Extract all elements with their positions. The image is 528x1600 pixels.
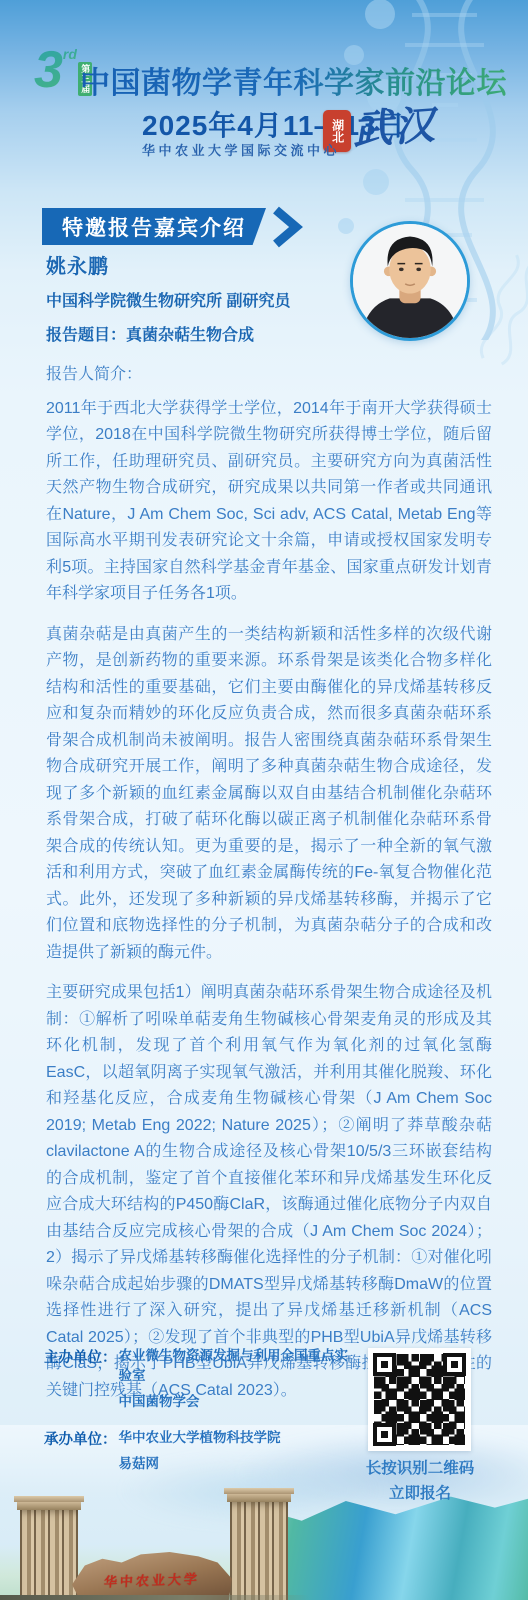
edition-suffix: rd [63,46,77,62]
bio-paragraph: 主要研究成果包括1）阐明真菌杂萜环系骨架生物合成途径及机制：①解析了吲哚单萜麦角… [46,980,492,1404]
chevron-right-icon [268,205,304,249]
qr-finder-icon [443,1353,466,1376]
ground-shadow [0,1595,310,1600]
section-banner: 特邀报告嘉宾介绍 [42,208,266,245]
qr-code [368,1348,471,1451]
speaker-bio: 报告人简介： 2011年于西北大学获得学士学位，2014年于南开大学获得硕士学位… [46,362,492,1418]
organizer-name: 华中农业大学植物科技学院 [119,1428,281,1448]
speaker-name: 姚永鹏 [46,250,109,279]
conference-poster: 3 rd 第三届 中国菌物学青年科学家前沿论坛 2025年4月11—13日 湖北… [0,0,528,1600]
qr-finder-icon [373,1353,396,1376]
gate-pillar-right [230,1488,288,1600]
qr-pattern [374,1354,465,1445]
host-name: 农业微生物资源发掘与利用全国重点实验室 [119,1346,360,1385]
host-row: 主办单位： 农业微生物资源发掘与利用全国重点实验室 中国菌物学会 [44,1346,359,1419]
qr-caption-line1: 长按识别二维码 [350,1456,490,1481]
section-banner-label: 特邀报告嘉宾介绍 [62,212,246,242]
university-stone-text: 华中农业大学 [86,1568,219,1592]
organizers-block: 主办单位： 农业微生物资源发掘与利用全国重点实验室 中国菌物学会 承办单位： 华… [44,1346,359,1490]
talk-title: 真菌杂萜生物合成 [126,327,254,344]
bio-heading: 报告人简介： [46,362,492,389]
speaker-photo [350,221,470,341]
bio-paragraph: 2011年于西北大学获得学士学位，2014年于南开大学获得硕士学位，2018在中… [46,396,492,608]
talk-title-line: 报告题目：真菌杂萜生物合成 [46,322,254,345]
edition-number: 3 [34,44,63,96]
event-venue: 华中农业大学国际交流中心 [142,140,340,159]
bio-paragraph: 真菌杂萜是由真菌产生的一类结构新颖和活性多样的次级代谢产物，是创新药物的重要来源… [46,622,492,967]
city-calligraphy: 武汉 [350,93,438,156]
gate-pillar-left [20,1496,78,1600]
organizer-name: 易菇网 [119,1454,281,1474]
talk-title-label: 报告题目： [46,327,126,344]
speaker-avatar [353,224,467,338]
forum-title: 中国菌物学青年科学家前沿论坛 [80,58,526,102]
host-label: 主办单位： [44,1346,117,1419]
host-name: 中国菌物学会 [119,1392,360,1412]
qr-caption-line2: 立即报名 [350,1481,490,1506]
qr-finder-icon [373,1423,396,1446]
organizer-row: 承办单位： 华中农业大学植物科技学院 易菇网 [44,1428,359,1481]
qr-caption: 长按识别二维码 立即报名 [350,1456,490,1506]
organizer-label: 承办单位： [44,1428,117,1481]
speaker-affiliation: 中国科学院微生物研究所 副研究员 [46,288,290,311]
